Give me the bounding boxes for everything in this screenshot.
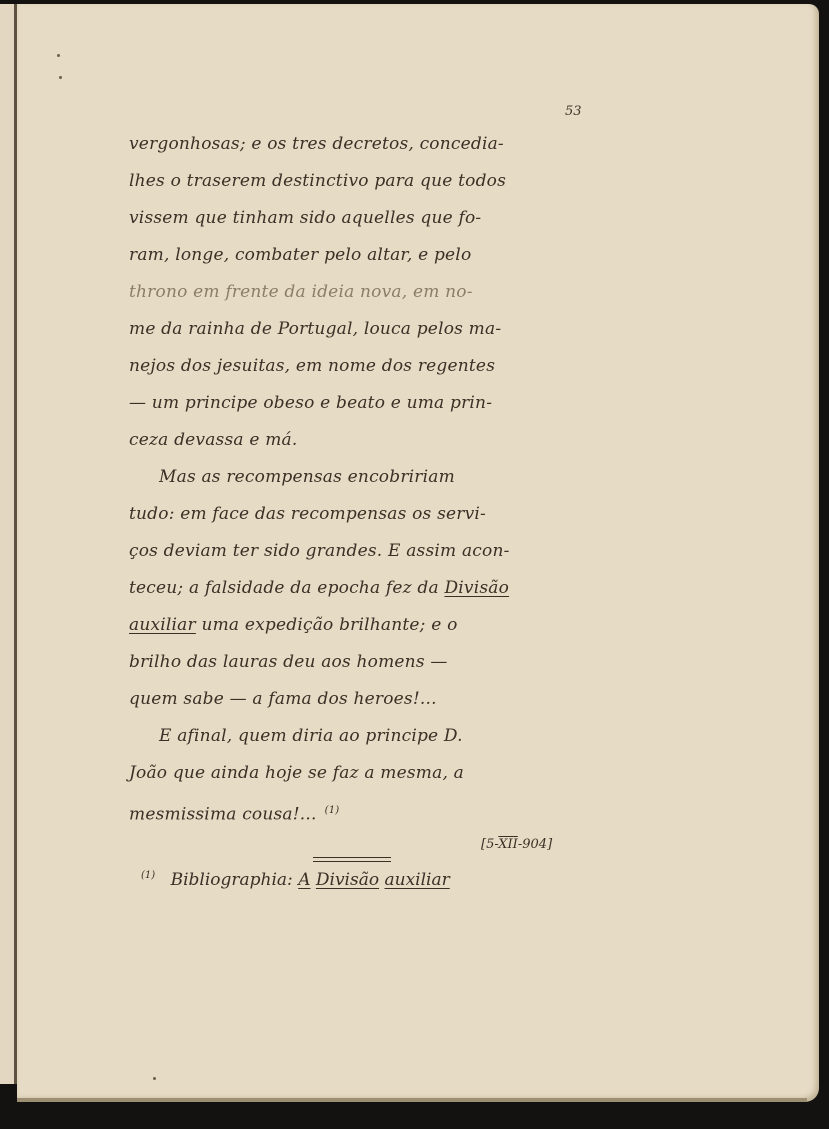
text-line: vergonhosas; e os tres decretos, concedi… [129, 126, 589, 163]
footnote-label: Bibliographia: [171, 870, 293, 890]
footnote-title-word2: auxiliar [384, 870, 449, 890]
text-line: mesmissima cousa!...(1) [129, 792, 589, 829]
text-line: teceu; a falsidade da epocha fez da Divi… [129, 570, 589, 607]
text-line: throno em frente da ideia nova, em no- [129, 274, 589, 311]
date-month: XII [498, 837, 518, 852]
footnote-title-article: A [298, 870, 310, 890]
facing-page-edge [0, 4, 14, 1084]
handwritten-text: vergonhosas; e os tres decretos, concedi… [129, 126, 589, 829]
text-line: nejos dos jesuitas, em nome dos regentes [129, 348, 589, 385]
page-bottom-edge [17, 1098, 807, 1102]
underlined-term: Divisão [444, 578, 509, 598]
text-line: brilho das lauras deu aos homens — [129, 644, 589, 681]
paper-speck [57, 54, 60, 57]
footnote-reference: (1) [325, 805, 340, 816]
text-line: tudo: em face das recompensas os servi- [129, 496, 589, 533]
text-line-content: mesmissima cousa!... [129, 805, 317, 825]
date-day: 5 [486, 837, 494, 852]
date-bracket-close: ] [547, 837, 552, 852]
page-number: 53 [565, 104, 582, 119]
paper-speck [59, 76, 62, 79]
date-year: 904 [522, 837, 547, 852]
text-line: — um principe obeso e beato e uma prin- [129, 385, 589, 422]
footnote-mark: (1) [141, 870, 155, 881]
underlined-term: auxiliar [129, 615, 196, 635]
text-line: auxiliar uma expedição brilhante; e o [129, 607, 589, 644]
text-line: ram, longe, combater pelo altar, e pelo [129, 237, 589, 274]
text-line: E afinal, quem diria ao principe D. [129, 718, 589, 755]
text-line: quem sabe — a fama dos heroes!... [129, 681, 589, 718]
text-line: Mas as recompensas encobririam [129, 459, 589, 496]
text-line: ços deviam ter sido grandes. E assim aco… [129, 533, 589, 570]
footnote: (1) Bibliographia: A Divisão auxiliar [141, 870, 450, 890]
manuscript-page: 53 vergonhosas; e os tres decretos, conc… [17, 4, 819, 1102]
text-line: lhes o traserem destinctivo para que tod… [129, 163, 589, 200]
text-line: me da rainha de Portugal, louca pelos ma… [129, 311, 589, 348]
text-line: João que ainda hoje se faz a mesma, a [129, 755, 589, 792]
date-mark: [5-XII-904] [481, 837, 552, 852]
double-rule-divider [313, 857, 391, 862]
footnote-title-word1: Divisão [316, 870, 379, 890]
text-line: ceza devassa e má. [129, 422, 589, 459]
text-line: vissem que tinham sido aquelles que fo- [129, 200, 589, 237]
paper-speck [153, 1077, 156, 1080]
